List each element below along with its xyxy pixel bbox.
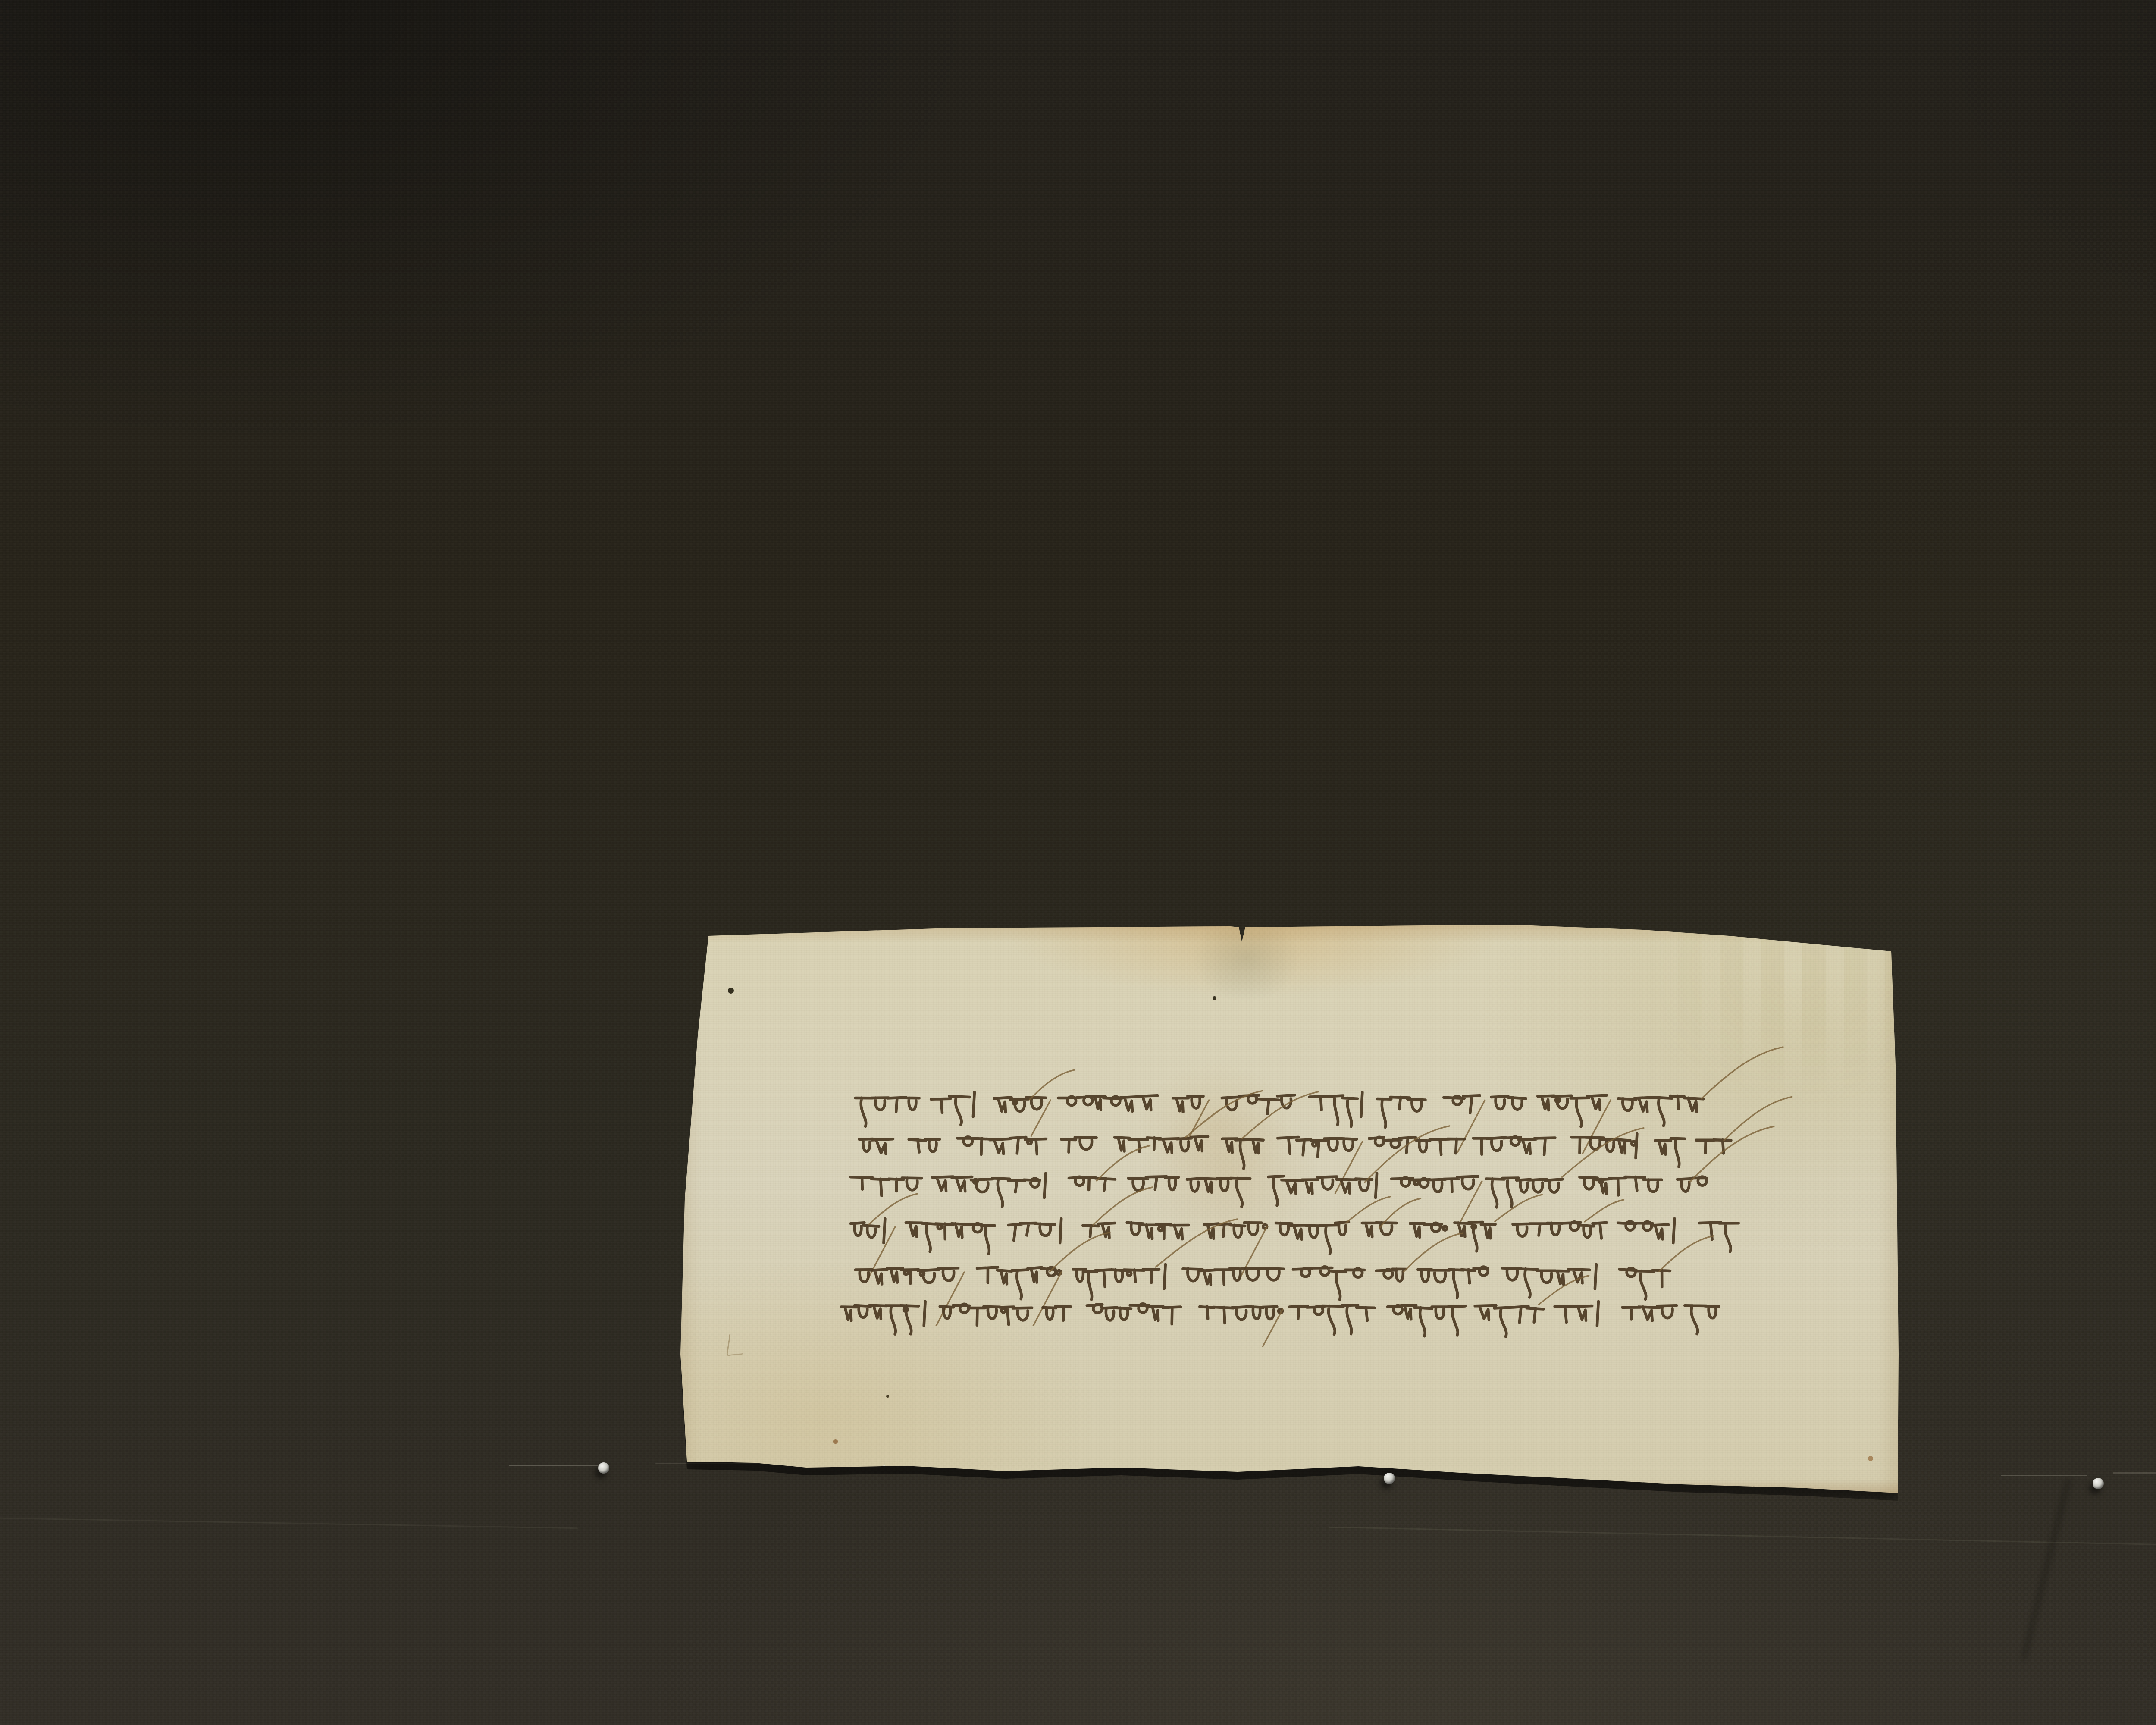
thread-shadow — [2021, 1479, 2071, 1660]
pin-right — [2093, 1478, 2104, 1489]
ink-speck — [728, 988, 734, 994]
ink-speck — [1213, 996, 1216, 1000]
pencil-vmark — [726, 1333, 746, 1356]
photo-backdrop — [0, 0, 2156, 1725]
ink-speck — [886, 1395, 889, 1398]
paper-staining — [677, 923, 1902, 1496]
board-scratch — [2113, 1472, 2156, 1474]
board-crease — [0, 1517, 578, 1529]
paper-streaks — [1660, 923, 1893, 1108]
board-scratch — [509, 1465, 602, 1466]
pin-center — [1384, 1473, 1395, 1484]
pin-left — [598, 1462, 609, 1474]
manuscript-leaf — [677, 923, 1902, 1496]
stain-speck — [1868, 1456, 1873, 1461]
stain-speck — [833, 1439, 838, 1444]
board-scratch — [2001, 1475, 2087, 1476]
board-crease — [1328, 1527, 2156, 1554]
